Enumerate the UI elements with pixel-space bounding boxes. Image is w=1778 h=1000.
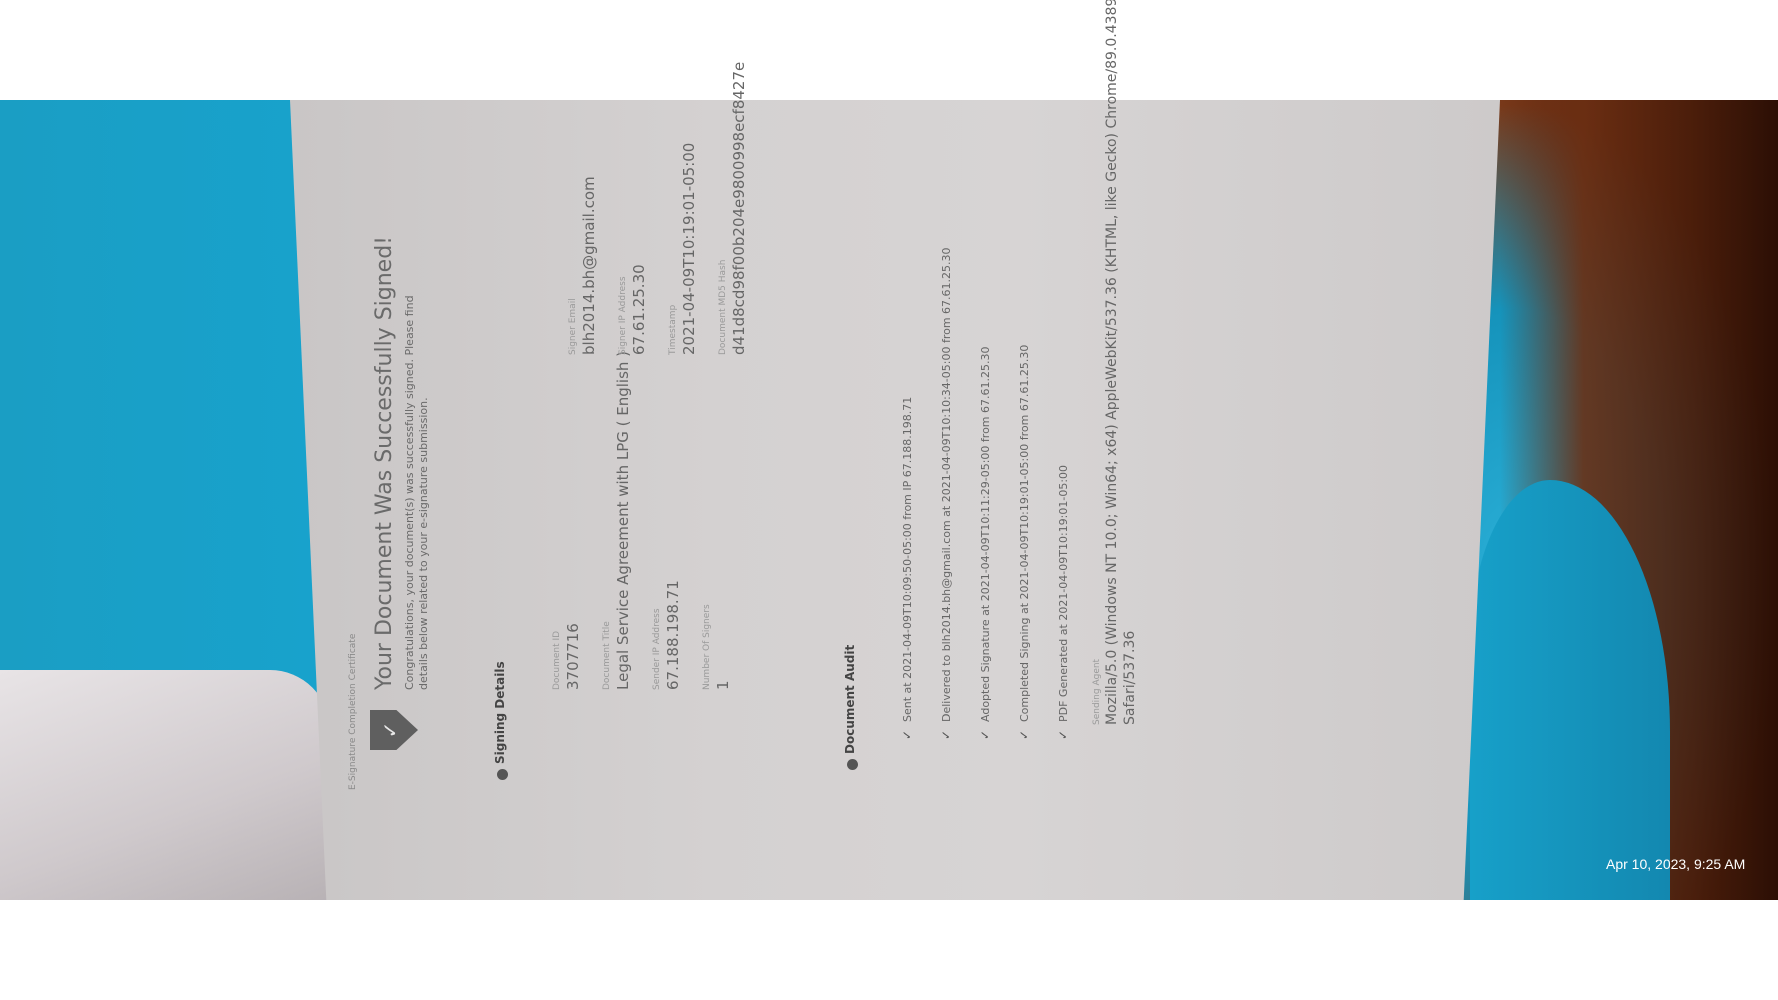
document-title-value: Legal Service Agreement with LPG ( Engli… [614,351,632,690]
section-title-document-audit: Document Audit [843,645,857,754]
field-label: Sending Agent [1092,659,1102,725]
document-id-value: 3707716 [564,623,582,690]
photo-timestamp: Apr 10, 2023, 9:25 AM [1606,856,1745,872]
check-icon: ✓ [900,730,914,740]
field-label: Sender IP Address [652,608,662,690]
audit-entry: Completed Signing at 2021-04-09T10:19:01… [1018,345,1031,722]
audit-icon [847,759,858,770]
check-icon: ✓ [939,730,953,740]
audit-entry: PDF Generated at 2021-04-09T10:19:01-05:… [1057,465,1070,722]
audit-entry: Adopted Signature at 2021-04-09T10:11:29… [979,347,992,723]
signer-ip-value: 67.61.25.30 [630,264,648,355]
audit-entry: Delivered to blh2014.bh@gmail.com at 202… [940,247,953,722]
audit-entry: Sent at 2021-04-09T10:09:50-05:00 from I… [901,397,914,722]
info-icon [497,769,508,780]
user-agent-line2: Safari/537.36 [1122,631,1138,725]
page-title: Your Document Was Successfully Signed! [372,236,397,690]
field-label: Number Of Signers [702,604,712,690]
signer-count-value: 1 [714,680,732,690]
timestamp-value: 2021-04-09T10:19:01-05:00 [680,143,698,355]
sender-ip-value: 67.188.198.71 [664,580,682,690]
check-icon: ✓ [978,730,992,740]
check-icon: ✓ [1056,730,1070,740]
field-label: Timestamp [668,305,678,355]
field-label: Document Title [602,621,612,690]
certificate-label: E-Signature Completion Certificate [348,634,358,790]
user-agent-line1: Mozilla/5.0 (Windows NT 10.0; Win64; x64… [1104,0,1120,725]
field-label: Signer Email [568,298,578,355]
check-icon: ✓ [1017,730,1031,740]
rotated-document: E-Signature Completion Certificate ✓ You… [290,100,1500,900]
signer-email-value: blh2014.bh@gmail.com [580,176,598,355]
book-corner [0,670,330,900]
intro-text-line1: Congratulations, your document(s) was su… [403,295,416,690]
field-label: Document ID [552,631,562,690]
intro-text-line2: details below related to your e-signatur… [417,397,430,690]
section-title-signing-details: Signing Details [493,661,507,764]
check-icon: ✓ [378,718,402,742]
field-label: Signer IP Address [618,276,628,355]
md5-hash-value: d41d8cd98f00b204e9800998ecf8427e [730,62,748,355]
field-label: Document MD5 Hash [718,260,728,355]
